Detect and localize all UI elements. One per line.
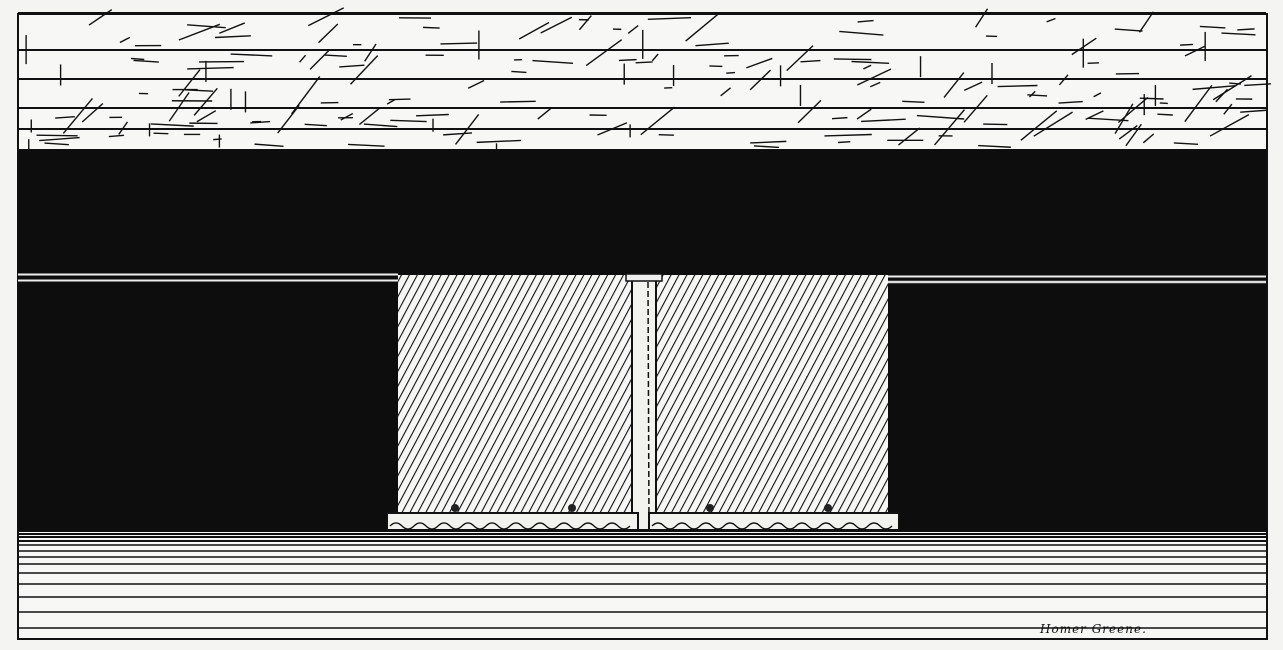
artist-signature: Homer Greene.: [1040, 622, 1147, 636]
mine-cross-section: [0, 0, 1283, 650]
right-sill: [649, 513, 899, 530]
roof-strata: [18, 8, 1271, 156]
timber-prop: [626, 274, 662, 530]
floor-strata: [18, 531, 1266, 628]
coal-seam-upper: [18, 150, 1266, 272]
left-sill: [387, 513, 638, 530]
